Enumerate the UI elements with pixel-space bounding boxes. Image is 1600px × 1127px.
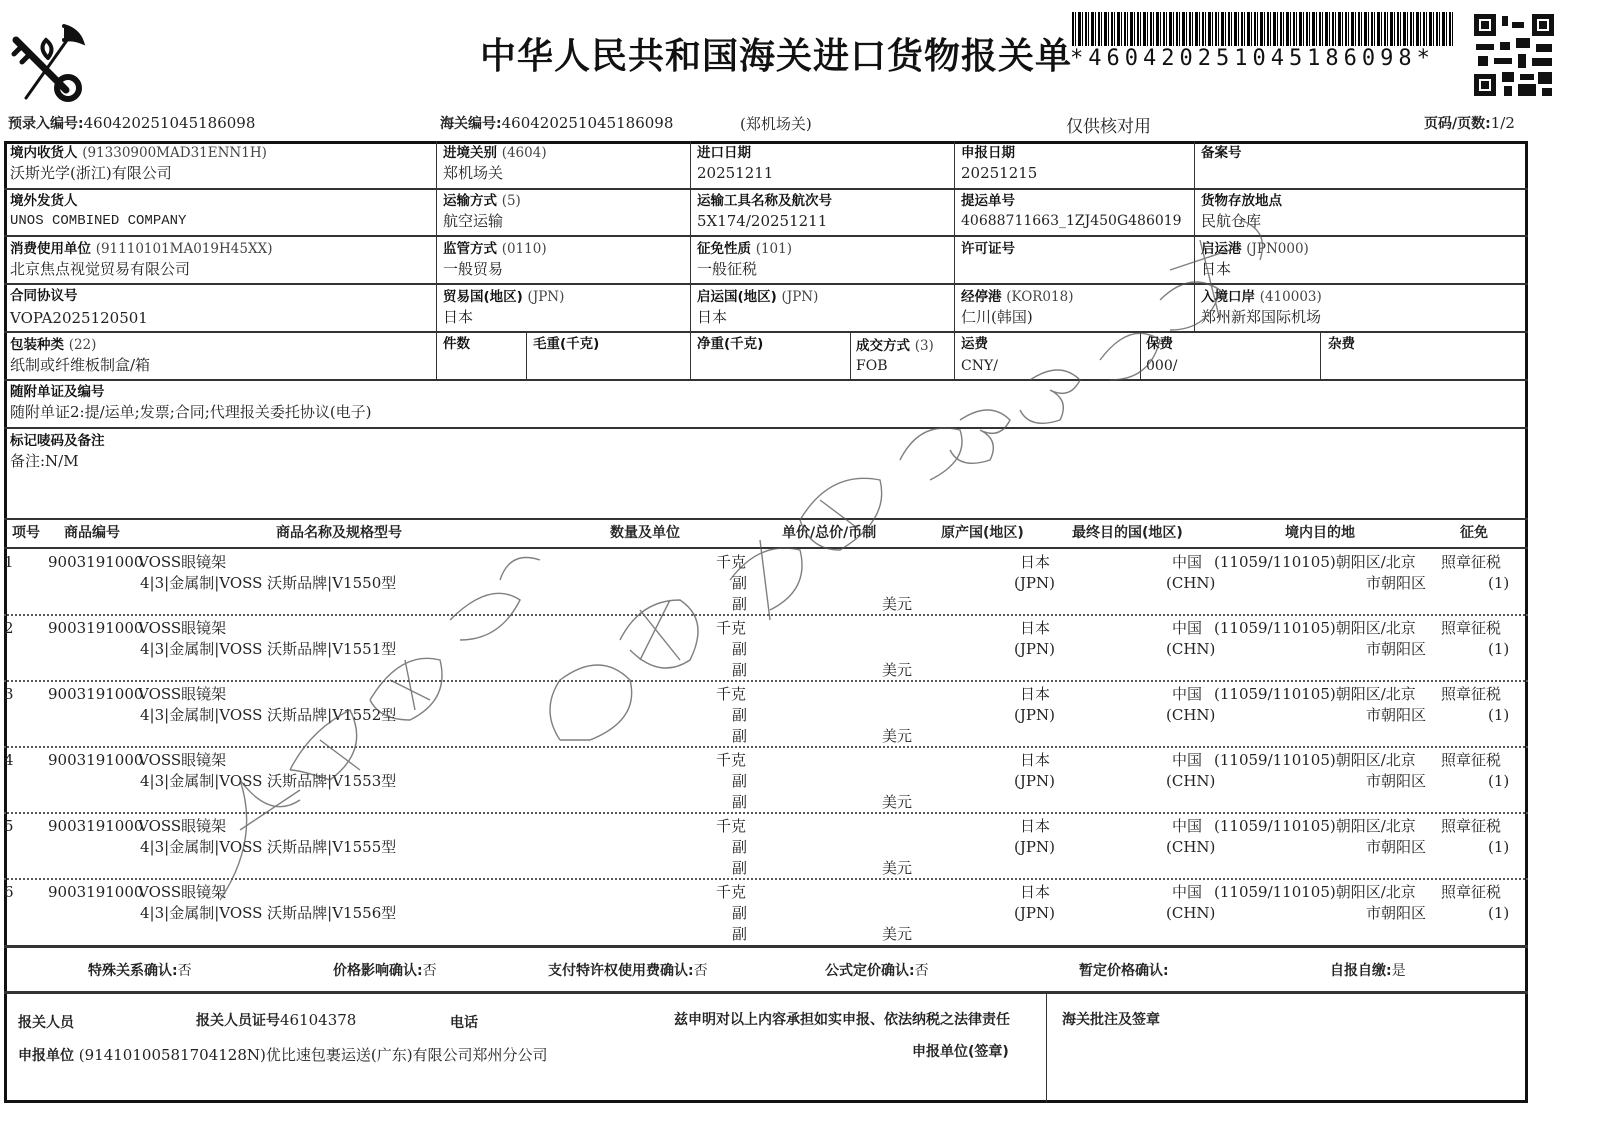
origin-code: (JPN) (1014, 705, 1055, 726)
confirm-royalty: 支付特许权使用费确认:否 (548, 960, 708, 980)
levy-code: (1) (1488, 573, 1509, 594)
item-no: 5 (4, 816, 14, 837)
field-departure-country: 启运国(地区) (JPN) 日本 (697, 288, 818, 328)
domestic-dest-district: 市朝阳区 (1366, 639, 1426, 660)
item-no: 6 (4, 882, 14, 903)
field-supervision: 监管方式 (0110) 一般贸易 (443, 240, 547, 280)
confirm-price-influence: 价格影响确认:否 (333, 960, 437, 980)
domestic-dest: (11059/110105)朝阳区/北京 (1214, 684, 1416, 705)
unit-pair-1: 副 (732, 837, 747, 858)
legal-statement: 兹申明对以上内容承担如实申报、依法纳税之法律责任 (674, 1009, 1010, 1029)
field-import-date: 进口日期 20251211 (697, 144, 773, 184)
field-bill-no: 提运单号 40688711663_1ZJ450G486019 (961, 192, 1182, 232)
currency: 美元 (882, 924, 912, 945)
document-title: 中华人民共和国海关进口货物报关单 (480, 28, 1072, 79)
currency: 美元 (882, 726, 912, 747)
field-license: 许可证号 (961, 240, 1015, 258)
field-packing: 包装种类 (22) 纸制或纤维板制盒/箱 (10, 336, 150, 376)
field-declare-date: 申报日期 20251215 (961, 144, 1037, 184)
phone-label: 电话 (450, 1012, 478, 1032)
origin-country: 日本 (1020, 750, 1050, 771)
currency: 美元 (882, 594, 912, 615)
field-gross-weight: 毛重(千克) (533, 335, 599, 353)
final-dest-country: 中国 (1172, 882, 1202, 903)
unit-kg: 千克 (716, 618, 746, 639)
field-conveyance: 运输工具名称及航次号 5X174/20251211 (697, 192, 832, 232)
item-no: 1 (4, 552, 14, 573)
field-attached-docs: 随附单证及编号 随附单证2:提/运单;发票;合同;代理报关委托协议(电子) (10, 383, 372, 423)
customs-number: 海关编号:460420251045186098 (440, 113, 673, 133)
goods-name: VOSS眼镜架 (138, 750, 226, 771)
pre-entry-number: 预录入编号:460420251045186098 (8, 113, 255, 133)
field-freight: 运费 CNY/ (961, 335, 998, 377)
origin-code: (JPN) (1014, 771, 1055, 792)
barcode-icon (1072, 12, 1454, 46)
levy-code: (1) (1488, 903, 1509, 924)
goods-spec: 4|3|金属制|VOSS 沃斯品牌|V1553型 (140, 771, 396, 792)
field-pieces: 件数 (443, 335, 470, 353)
domestic-dest-district: 市朝阳区 (1366, 705, 1426, 726)
unit-kg: 千克 (716, 552, 746, 573)
domestic-dest: (11059/110105)朝阳区/北京 (1214, 552, 1416, 573)
field-marks: 标记唛码及备注 备注:N/M (10, 432, 105, 472)
origin-code: (JPN) (1014, 639, 1055, 660)
field-consignee: 境内收货人 (91330900MAD31ENN1H) 沃斯光学(浙江)有限公司 (10, 144, 267, 184)
levy-mode: 照章征税 (1441, 750, 1501, 771)
unit-pair-2: 副 (732, 924, 747, 945)
field-insurance: 保费 000/ (1146, 335, 1177, 377)
goods-spec: 4|3|金属制|VOSS 沃斯品牌|V1552型 (140, 705, 396, 726)
unit-pair-2: 副 (732, 660, 747, 681)
final-dest-country: 中国 (1172, 684, 1202, 705)
customs-office: (郑机场关) (740, 113, 812, 134)
confirm-formula-pricing: 公式定价确认:否 (825, 960, 929, 980)
col-header-origin: 原产国(地区) (941, 522, 1024, 542)
field-contract: 合同协议号 VOPA2025120501 (10, 287, 148, 329)
declarant-id: 报关人员证号46104378 (196, 1010, 356, 1030)
final-dest-code: (CHN) (1166, 639, 1215, 660)
origin-country: 日本 (1020, 684, 1050, 705)
china-customs-emblem-icon (8, 18, 88, 102)
origin-code: (JPN) (1014, 573, 1055, 594)
origin-country: 日本 (1020, 882, 1050, 903)
origin-code: (JPN) (1014, 837, 1055, 858)
field-misc-fee: 杂费 (1328, 335, 1355, 353)
goods-name: VOSS眼镜架 (138, 552, 226, 573)
hs-code: 9003191000 (48, 750, 143, 771)
verification-notice: 仅供核对用 (1066, 112, 1151, 137)
levy-code: (1) (1488, 639, 1509, 660)
hs-code: 9003191000 (48, 618, 143, 639)
goods-name: VOSS眼镜架 (138, 618, 226, 639)
final-dest-country: 中国 (1172, 618, 1202, 639)
item-no: 4 (4, 750, 14, 771)
field-entry-port: 入境口岸 (410003) 郑州新郑国际机场 (1201, 288, 1322, 328)
goods-name: VOSS眼镜架 (138, 684, 226, 705)
final-dest-code: (CHN) (1166, 903, 1215, 924)
field-shipper: 境外发货人 UNOS COMBINED COMPANY (10, 192, 186, 232)
unit-pair-2: 副 (732, 594, 747, 615)
unit-pair-1: 副 (732, 903, 747, 924)
hs-code: 9003191000 (48, 552, 143, 573)
item-no: 2 (4, 618, 14, 639)
field-transport-mode: 运输方式 (5) 航空运输 (443, 192, 521, 232)
field-deal-mode: 成交方式 (3) FOB (856, 337, 934, 377)
unit-kg: 千克 (716, 882, 746, 903)
declaring-unit-seal: 申报单位(签章) (912, 1041, 1009, 1061)
field-storage: 货物存放地点 民航仓库 (1201, 192, 1282, 232)
item-no: 3 (4, 684, 14, 705)
confirm-provisional-price: 暂定价格确认: (1079, 960, 1169, 980)
unit-pair-1: 副 (732, 705, 747, 726)
goods-spec: 4|3|金属制|VOSS 沃斯品牌|V1555型 (140, 837, 396, 858)
levy-code: (1) (1488, 837, 1509, 858)
origin-country: 日本 (1020, 552, 1050, 573)
goods-spec: 4|3|金属制|VOSS 沃斯品牌|V1551型 (140, 639, 396, 660)
origin-code: (JPN) (1014, 903, 1055, 924)
domestic-dest: (11059/110105)朝阳区/北京 (1214, 750, 1416, 771)
final-dest-code: (CHN) (1166, 771, 1215, 792)
unit-kg: 千克 (716, 816, 746, 837)
unit-pair-1: 副 (732, 771, 747, 792)
levy-mode: 照章征税 (1441, 816, 1501, 837)
domestic-dest: (11059/110105)朝阳区/北京 (1214, 882, 1416, 903)
field-record-no: 备案号 (1201, 144, 1242, 162)
final-dest-code: (CHN) (1166, 573, 1215, 594)
final-dest-code: (CHN) (1166, 837, 1215, 858)
hs-code: 9003191000 (48, 684, 143, 705)
currency: 美元 (882, 858, 912, 879)
goods-name: VOSS眼镜架 (138, 882, 226, 903)
domestic-dest: (11059/110105)朝阳区/北京 (1214, 618, 1416, 639)
declaring-unit: 申报单位 (91410100581704128N)优比速包裹运送(广东)有限公司… (18, 1044, 548, 1065)
levy-code: (1) (1488, 771, 1509, 792)
hs-code: 9003191000 (48, 882, 143, 903)
unit-pair-2: 副 (732, 726, 747, 747)
goods-spec: 4|3|金属制|VOSS 沃斯品牌|V1556型 (140, 903, 396, 924)
col-header-domestic-dest: 境内目的地 (1285, 522, 1355, 542)
domestic-dest-district: 市朝阳区 (1366, 903, 1426, 924)
field-entry-customs: 进境关别 (4604) 郑机场关 (443, 144, 547, 184)
final-dest-country: 中国 (1172, 816, 1202, 837)
domestic-dest-district: 市朝阳区 (1366, 573, 1426, 594)
unit-pair-2: 副 (732, 858, 747, 879)
field-net-weight: 净重(千克) (697, 335, 763, 353)
levy-mode: 照章征税 (1441, 684, 1501, 705)
col-header-hs-code: 商品编号 (64, 522, 120, 542)
unit-pair-1: 副 (732, 573, 747, 594)
qr-code-icon (1474, 14, 1554, 96)
field-departure-port: 启运港 (JPN000) 日本 (1201, 240, 1309, 280)
currency: 美元 (882, 660, 912, 681)
confirm-special-relation: 特殊关系确认:否 (88, 960, 192, 980)
field-trade-country: 贸易国(地区) (JPN) 日本 (443, 288, 564, 328)
field-consumer: 消费使用单位 (91110101MA019H45XX) 北京焦点视觉贸易有限公司 (10, 240, 272, 280)
domestic-dest: (11059/110105)朝阳区/北京 (1214, 816, 1416, 837)
col-header-price: 单价/总价/币制 (782, 522, 876, 542)
domestic-dest-district: 市朝阳区 (1366, 837, 1426, 858)
levy-mode: 照章征税 (1441, 882, 1501, 903)
declarant-label: 报关人员 (18, 1012, 74, 1032)
col-header-levy: 征免 (1460, 522, 1488, 542)
domestic-dest-district: 市朝阳区 (1366, 771, 1426, 792)
origin-country: 日本 (1020, 816, 1050, 837)
field-levy-nature: 征免性质 (101) 一般征税 (697, 240, 792, 280)
final-dest-country: 中国 (1172, 750, 1202, 771)
col-header-name-spec: 商品名称及规格型号 (276, 522, 402, 542)
page-indicator: 页码/页数:1/2 (1424, 113, 1515, 133)
customs-seal-area: 海关批注及签章 (1062, 1009, 1160, 1029)
col-header-item-no: 项号 (12, 522, 40, 542)
final-dest-country: 中国 (1172, 552, 1202, 573)
final-dest-code: (CHN) (1166, 705, 1215, 726)
field-transit-port: 经停港 (KOR018) 仁川(韩国) (961, 288, 1073, 328)
origin-country: 日本 (1020, 618, 1050, 639)
goods-name: VOSS眼镜架 (138, 816, 226, 837)
levy-mode: 照章征税 (1441, 552, 1501, 573)
col-header-final-dest: 最终目的国(地区) (1072, 522, 1183, 542)
unit-kg: 千克 (716, 684, 746, 705)
hs-code: 9003191000 (48, 816, 143, 837)
col-header-quantity: 数量及单位 (610, 522, 680, 542)
levy-mode: 照章征税 (1441, 618, 1501, 639)
confirm-self-declare: 自报自缴:是 (1330, 960, 1406, 980)
goods-spec: 4|3|金属制|VOSS 沃斯品牌|V1550型 (140, 573, 396, 594)
unit-pair-2: 副 (732, 792, 747, 813)
barcode-number: *460420251045186098* (1070, 46, 1435, 71)
unit-kg: 千克 (716, 750, 746, 771)
currency: 美元 (882, 792, 912, 813)
unit-pair-1: 副 (732, 639, 747, 660)
levy-code: (1) (1488, 705, 1509, 726)
